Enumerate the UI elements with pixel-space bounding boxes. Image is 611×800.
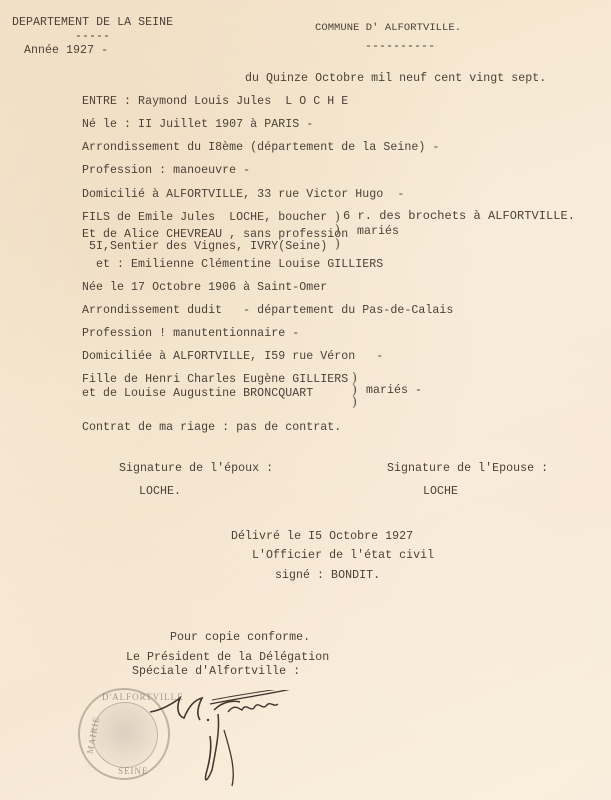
bride-mother: et de Louise Augustine BRONCQUART [82,387,313,401]
department-rule: ----- [75,30,110,44]
bride-arrondissement: Arrondissement dudit - département du Pa… [82,304,453,318]
bride-parents-status: mariés - [366,384,422,398]
year-label: Année 1927 - [24,44,108,58]
brace-groom-parents-2: ) [335,224,340,237]
groom-signature-label: Signature de l'époux : [119,462,273,476]
delivery-date: Délivré le I5 Octobre 1927 [231,530,413,544]
groom-arrondissement: Arrondissement du I8ème (département de … [82,141,439,155]
president-title-line1: Le Président de la Délégation [126,651,329,665]
groom-parents-status: mariés [357,225,399,239]
bride-signature-label: Signature de l'Epouse : [387,462,548,476]
commune-heading: COMMUNE D' ALFORTVILLE. [315,21,461,35]
groom-domicile: Domicilié à ALFORTVILLE, 33 rue Victor H… [82,188,404,202]
act-date: du Quinze Octobre mil neuf cent vingt se… [245,72,546,86]
civil-officer: L'Officier de l'état civil [252,549,434,563]
bride-birth: Née le 17 Octobre 1906 à Saint-Omer [82,281,327,295]
groom-profession: Profession : manoeuvre - [82,164,250,178]
handwritten-signature [150,690,310,790]
groom-father: FILS de Emile Jules LOCHE, boucher [82,211,327,225]
bride-profession: Profession ! manutentionnaire - [82,327,299,341]
president-title-line2: Spéciale d'Alfortville : [132,665,300,679]
bride-domicile: Domiciliée à ALFORTVILLE, I59 rue Véron … [82,350,383,364]
marriage-contract: Contrat de ma riage : pas de contrat. [82,421,341,435]
seal-bottom-text: SEINE [118,766,149,776]
bride-father: Fille de Henri Charles Eugène GILLIERS [82,373,348,387]
certified-copy: Pour copie conforme. [170,631,310,645]
bride-signature-value: LOCHE [423,485,458,499]
marianne-profile-icon [92,702,158,768]
groom-father-address: 6 r. des brochets à ALFORTVILLE. [343,209,575,223]
department-heading: DEPARTEMENT DE LA SEINE [12,16,173,30]
signed-by: signé : BONDIT. [275,569,380,583]
groom-birth: Né le : II Juillet 1907 à PARIS - [82,118,313,132]
groom-name: ENTRE : Raymond Louis Jules L O C H E [82,95,348,109]
commune-rule: ---------- [365,40,435,54]
bride-name: et : Emilienne Clémentine Louise GILLIER… [96,258,383,272]
groom-signature-value: LOCHE. [139,485,181,499]
brace-groom-parents-3: ) [335,238,340,251]
brace-bride-parents-3: ) [352,396,357,409]
groom-mother-address: 5I,Sentier des Vignes, IVRY(Seine) [89,240,327,254]
